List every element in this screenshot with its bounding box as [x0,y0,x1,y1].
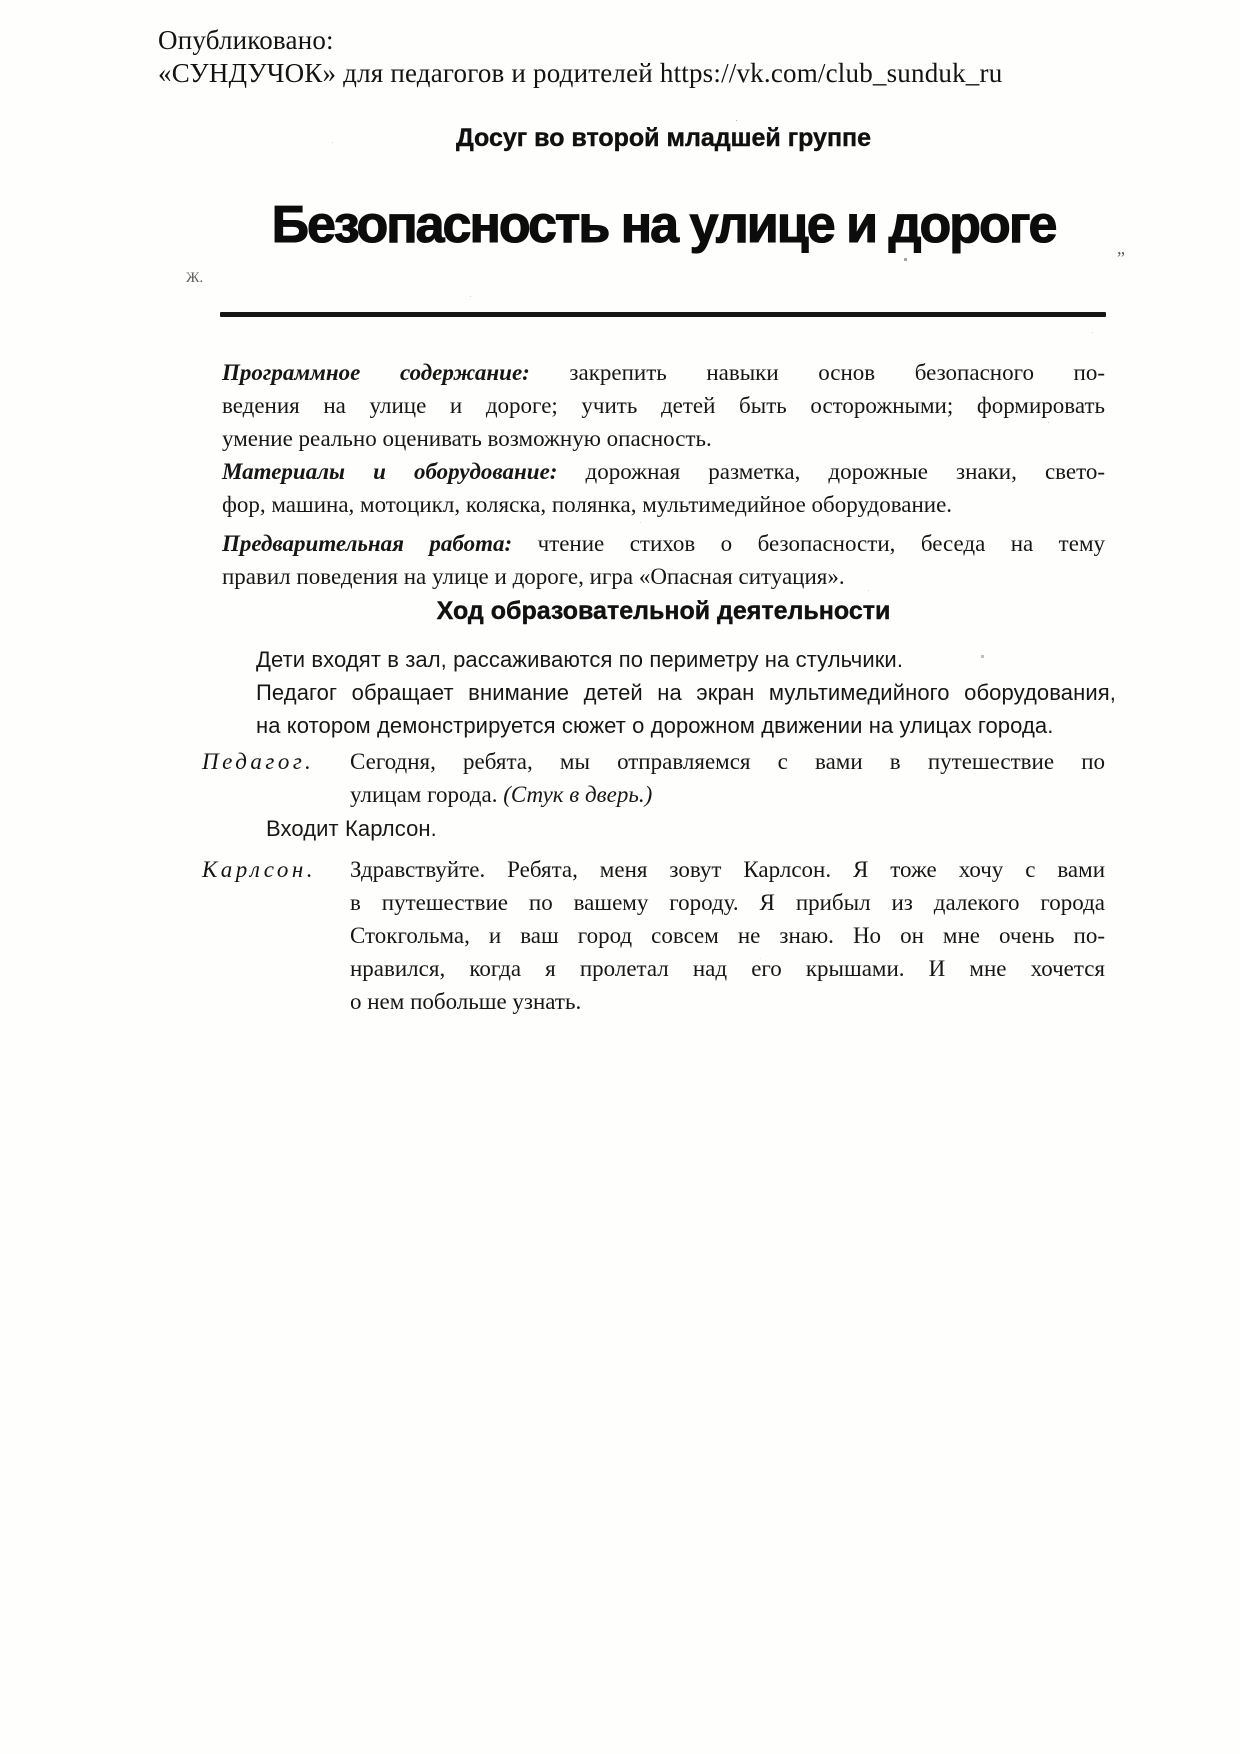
preliminary-work-paragraph: Предварительная работа: чтение стихов о … [222,527,1105,593]
scan-noise-specks [0,0,1,1]
paragraph-line: умение реально оценивать возможную опасн… [222,422,1105,455]
materials-paragraph: Материалы и оборудование: дорожная разме… [222,455,1105,521]
document-kicker: Досуг во второй младшей группе [222,124,1105,152]
paragraph-line: правил поведения на улице и дороге, игра… [222,560,1105,593]
dialogue-line: о нем побольше узнать. [350,985,1105,1018]
dialogue-line: в путешествие по вашему городу. Я прибыл… [350,886,1105,919]
paragraph-line: ведения на улице и дороге; учить детей б… [222,389,1105,422]
karlsson-dialogue: Карлсон. Здравствуйте. Ребята, меня зову… [202,853,1105,1018]
speaker-label-teacher: Педагог. [202,745,350,811]
paragraph-line: фор, машина, мотоцикл, коляска, полянка,… [222,488,1105,521]
dialogue-text: улицам города. [350,782,497,807]
scanned-page: Опубликовано: «СУНДУЧОК» для педагогов и… [0,0,1240,1754]
teacher-dialogue: Педагог. Сегодня, ребята, мы отправляемс… [202,745,1105,811]
program-content-paragraph: Программное содержание: закрепить навыки… [222,356,1105,455]
stage-direction-karlsson-enters: Входит Карлсон. [266,812,1126,845]
teacher-speech: Сегодня, ребята, мы отправляемся с вами … [350,745,1105,811]
dialogue-line: нравился, когда я пролетал над его крыша… [350,952,1105,985]
dialogue-line: Сегодня, ребята, мы отправляемся с вами … [350,745,1105,778]
stage-direction-teacher-attention: Педагог обращает внимание детей на экран… [256,676,1116,742]
karlsson-speech: Здравствуйте. Ребята, меня зовут Карлсон… [350,853,1105,1018]
speaker-label-karlsson: Карлсон. [202,853,350,1018]
dialogue-line: Стокгольма, и ваш город совсем не знаю. … [350,919,1105,952]
scan-artifact-right: ” [1117,248,1125,269]
stage-direction-children-enter: Дети входят в зал, рассаживаются по пери… [256,643,1116,676]
paragraph-line: закрепить навыки основ безопасного по- [569,360,1105,385]
title-divider-rule [220,312,1106,317]
paragraph-line: дорожная разметка, дорожные знаки, свето… [586,459,1105,484]
stage-direction-line: Педагог обращает внимание детей на экран… [256,676,1116,709]
inline-stage-note: (Стук в дверь.) [503,782,652,807]
dialogue-line: Здравствуйте. Ребята, меня зовут Карлсон… [350,853,1105,886]
materials-lead: Материалы и оборудование: [222,459,557,484]
scan-artifact-left: Ж. [186,270,203,287]
program-content-lead: Программное содержание: [222,360,530,385]
publication-header: Опубликовано: «СУНДУЧОК» для педагогов и… [158,24,1002,90]
section-heading: Ход образовательной деятельности [222,596,1105,626]
paragraph-line: чтение стихов о безопасности, беседа на … [538,531,1105,556]
dialogue-line: улицам города. (Стук в дверь.) [350,778,1105,811]
stage-direction-line: на котором демонстрируется сюжет о дорож… [256,709,1116,742]
published-label: Опубликовано: [158,24,1002,57]
page-title: Безопасность на улице и дороге [222,197,1105,253]
source-url-text: «СУНДУЧОК» для педагогов и родителей htt… [158,57,1002,90]
preliminary-work-lead: Предварительная работа: [222,531,512,556]
